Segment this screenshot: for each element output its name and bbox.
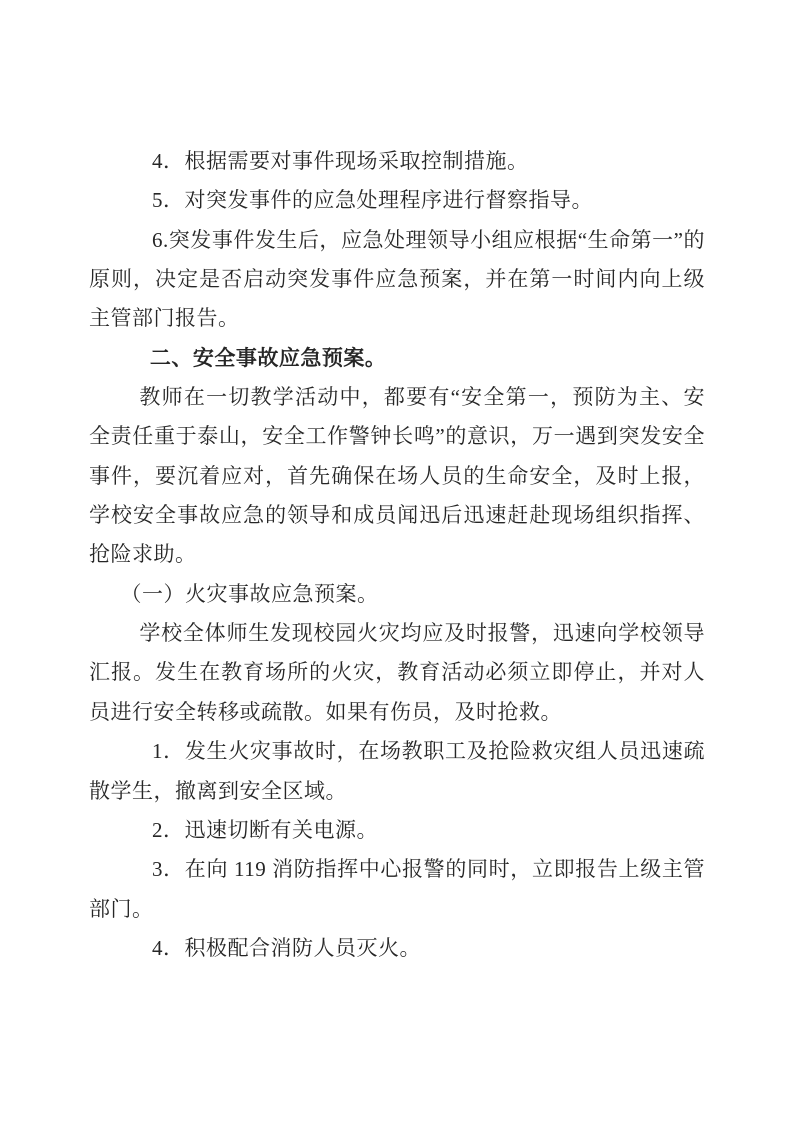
body-paragraph: 学校全体师生发现校园火灾均应及时报警，迅速向学校领导汇报。发生在教育场所的火灾，… — [89, 614, 705, 732]
numbered-item-6: 6.突发事件发生后，应急处理领导小组应根据“生命第一”的原则，决定是否启动突发事… — [89, 221, 705, 339]
document-page: 4．根据需要对事件现场采取控制措施。 5．对突发事件的应急处理程序进行督察指导。… — [0, 0, 793, 1122]
numbered-item-fire-3: 3．在向 119 消防指挥中心报警的同时，立即报告上级主管部门。 — [89, 850, 705, 929]
numbered-item-4: 4．根据需要对事件现场采取控制措施。 — [89, 142, 705, 181]
numbered-item-5: 5．对突发事件的应急处理程序进行督察指导。 — [89, 181, 705, 220]
numbered-item-fire-2: 2．迅速切断有关电源。 — [89, 811, 705, 850]
subsection-heading: （一）火灾事故应急预案。 — [89, 575, 705, 614]
numbered-item-fire-4: 4．积极配合消防人员灭火。 — [89, 929, 705, 968]
body-paragraph: 教师在一切教学活动中，都要有“安全第一，预防为主、安全责任重于泰山，安全工作警钟… — [89, 378, 705, 575]
section-heading: 二、安全事故应急预案。 — [89, 339, 705, 378]
numbered-item-fire-1: 1．发生火灾事故时，在场教职工及抢险救灾组人员迅速疏散学生，撤离到安全区域。 — [89, 732, 705, 811]
